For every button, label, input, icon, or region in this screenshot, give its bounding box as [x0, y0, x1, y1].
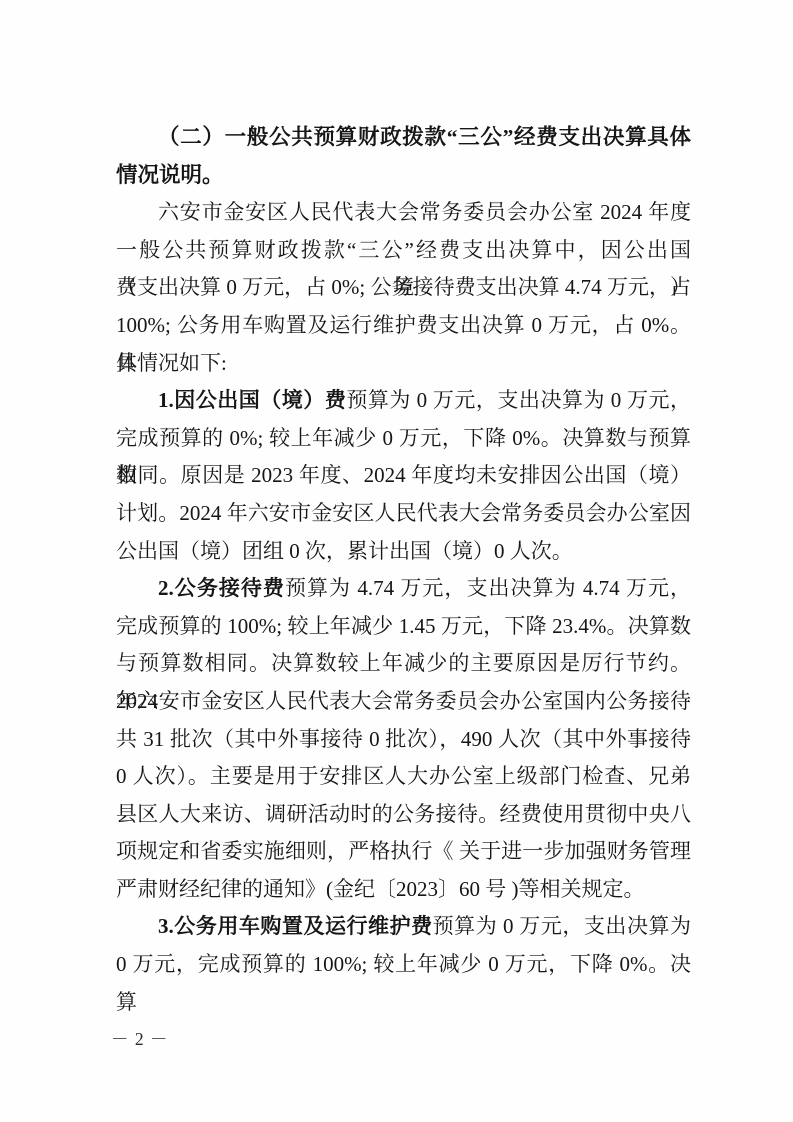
- document-page: （二）一般公共预算财政拨款“三公”经费支出决算具体情况说明。六安市金安区人民代表…: [0, 0, 793, 1122]
- intro-paragraph-line-1: 六安市金安区人民代表大会常务委员会办公室 2024 年度: [116, 194, 691, 232]
- bold-text-segment: 3.公务用车购置及运行维护费: [158, 914, 433, 938]
- text-segment: 年六安市金安区人民代表大会常务委员会办公室国内公务接待: [116, 689, 691, 713]
- text-segment: 0 万元，完成预算的 100%; 较上年减少 0 万元，下降 0%。决算: [116, 952, 691, 1014]
- intro-paragraph-line-2: 一般公共预算财政拨款“三公”经费支出决算中，因公出国（境）: [116, 232, 691, 270]
- item-2-official-reception-line-8: 项规定和省委实施细则，严格执行《 关于进一步加强财务管理: [116, 833, 691, 871]
- intro-paragraph-line-3: 费支出决算 0 万元，占 0%; 公务接待费支出决算 4.74 万元，占: [116, 269, 691, 307]
- item-3-official-vehicles-line-2: 0 万元，完成预算的 100%; 较上年减少 0 万元，下降 0%。决算: [116, 946, 691, 984]
- item-2-official-reception-line-9: 严肃财经纪律的通知》(金纪〔2023〕60 号 )等相关规定。: [116, 871, 691, 909]
- item-1-overseas-trips-line-2: 完成预算的 0%; 较上年减少 0 万元，下降 0%。决算数与预算数: [116, 420, 691, 458]
- item-2-official-reception-line-2: 完成预算的 100%; 较上年减少 1.45 万元，下降 23.4%。决算数: [116, 608, 691, 646]
- text-segment: 严肃财经纪律的通知》(金纪〔2023〕60 号 )等相关规定。: [116, 877, 644, 901]
- page-number: － 2 －: [111, 1028, 169, 1050]
- item-2-official-reception-line-4: 年六安市金安区人民代表大会常务委员会办公室国内公务接待: [116, 683, 691, 721]
- item-1-overseas-trips-line-3: 相同。原因是 2023 年度、2024 年度均未安排因公出国（境）: [116, 457, 691, 495]
- bold-text-segment: 1.因公出国（境）费: [158, 388, 346, 412]
- text-segment: 体情况如下:: [116, 351, 227, 375]
- intro-paragraph-line-4: 100%; 公务用车购置及运行维护费支出决算 0 万元，占 0%。具: [116, 307, 691, 345]
- item-2-official-reception-line-6: 0 人次）。主要是用于安排区人大办公室上级部门检查、兄弟: [116, 758, 691, 796]
- item-1-overseas-trips-line-5: 公出国（境）团组 0 次，累计出国（境）0 人次。: [116, 533, 691, 571]
- text-segment: 公出国（境）团组 0 次，累计出国（境）0 人次。: [116, 539, 573, 563]
- item-1-overseas-trips-line-4: 计划。2024 年六安市金安区人民代表大会常务委员会办公室因: [116, 495, 691, 533]
- bold-text-segment: （二）一般公共预算财政拨款“三公”经费支出决算具体: [158, 125, 691, 149]
- text-segment: 0 人次）。主要是用于安排区人大办公室上级部门检查、兄弟: [116, 764, 691, 788]
- document-body: （二）一般公共预算财政拨款“三公”经费支出决算具体情况说明。六安市金安区人民代表…: [116, 119, 691, 984]
- text-segment: 费支出决算 0 万元，占 0%; 公务接待费支出决算 4.74 万元，占: [116, 275, 691, 299]
- text-segment: 预算为 0 万元，支出决算为 0 万元，: [346, 388, 691, 412]
- text-segment: 完成预算的 100%; 较上年减少 1.45 万元，下降 23.4%。决算数: [116, 614, 691, 638]
- section-heading-line-1: （二）一般公共预算财政拨款“三公”经费支出决算具体: [116, 119, 691, 157]
- intro-paragraph-line-5: 体情况如下:: [116, 345, 691, 383]
- text-segment: 计划。2024 年六安市金安区人民代表大会常务委员会办公室因: [116, 501, 691, 525]
- bold-text-segment: 2.公务接待费: [158, 576, 285, 600]
- text-segment: 项规定和省委实施细则，严格执行《 关于进一步加强财务管理: [116, 839, 691, 863]
- item-2-official-reception-line-5: 共 31 批次（其中外事接待 0 批次），490 人次（其中外事接待: [116, 721, 691, 759]
- section-heading-line-2: 情况说明。: [116, 157, 691, 195]
- item-2-official-reception-line-7: 县区人大来访、调研活动时的公务接待。经费使用贯彻中央八: [116, 796, 691, 834]
- item-3-official-vehicles-line-1: 3.公务用车购置及运行维护费预算为 0 万元，支出决算为: [116, 908, 691, 946]
- text-segment: 六安市金安区人民代表大会常务委员会办公室 2024 年度: [158, 200, 691, 224]
- item-2-official-reception-line-1: 2.公务接待费预算为 4.74 万元，支出决算为 4.74 万元，: [116, 570, 691, 608]
- text-segment: 预算为 4.74 万元，支出决算为 4.74 万元，: [285, 576, 691, 600]
- text-segment: 共 31 批次（其中外事接待 0 批次），490 人次（其中外事接待: [116, 727, 691, 751]
- bold-text-segment: 情况说明。: [116, 163, 224, 187]
- text-segment: 县区人大来访、调研活动时的公务接待。经费使用贯彻中央八: [116, 802, 691, 826]
- item-2-official-reception-line-3: 与预算数相同。决算数较上年减少的主要原因是厉行节约。2024: [116, 645, 691, 683]
- text-segment: 相同。原因是 2023 年度、2024 年度均未安排因公出国（境）: [116, 463, 691, 487]
- item-1-overseas-trips-line-1: 1.因公出国（境）费预算为 0 万元，支出决算为 0 万元，: [116, 382, 691, 420]
- text-segment: 预算为 0 万元，支出决算为: [433, 914, 691, 938]
